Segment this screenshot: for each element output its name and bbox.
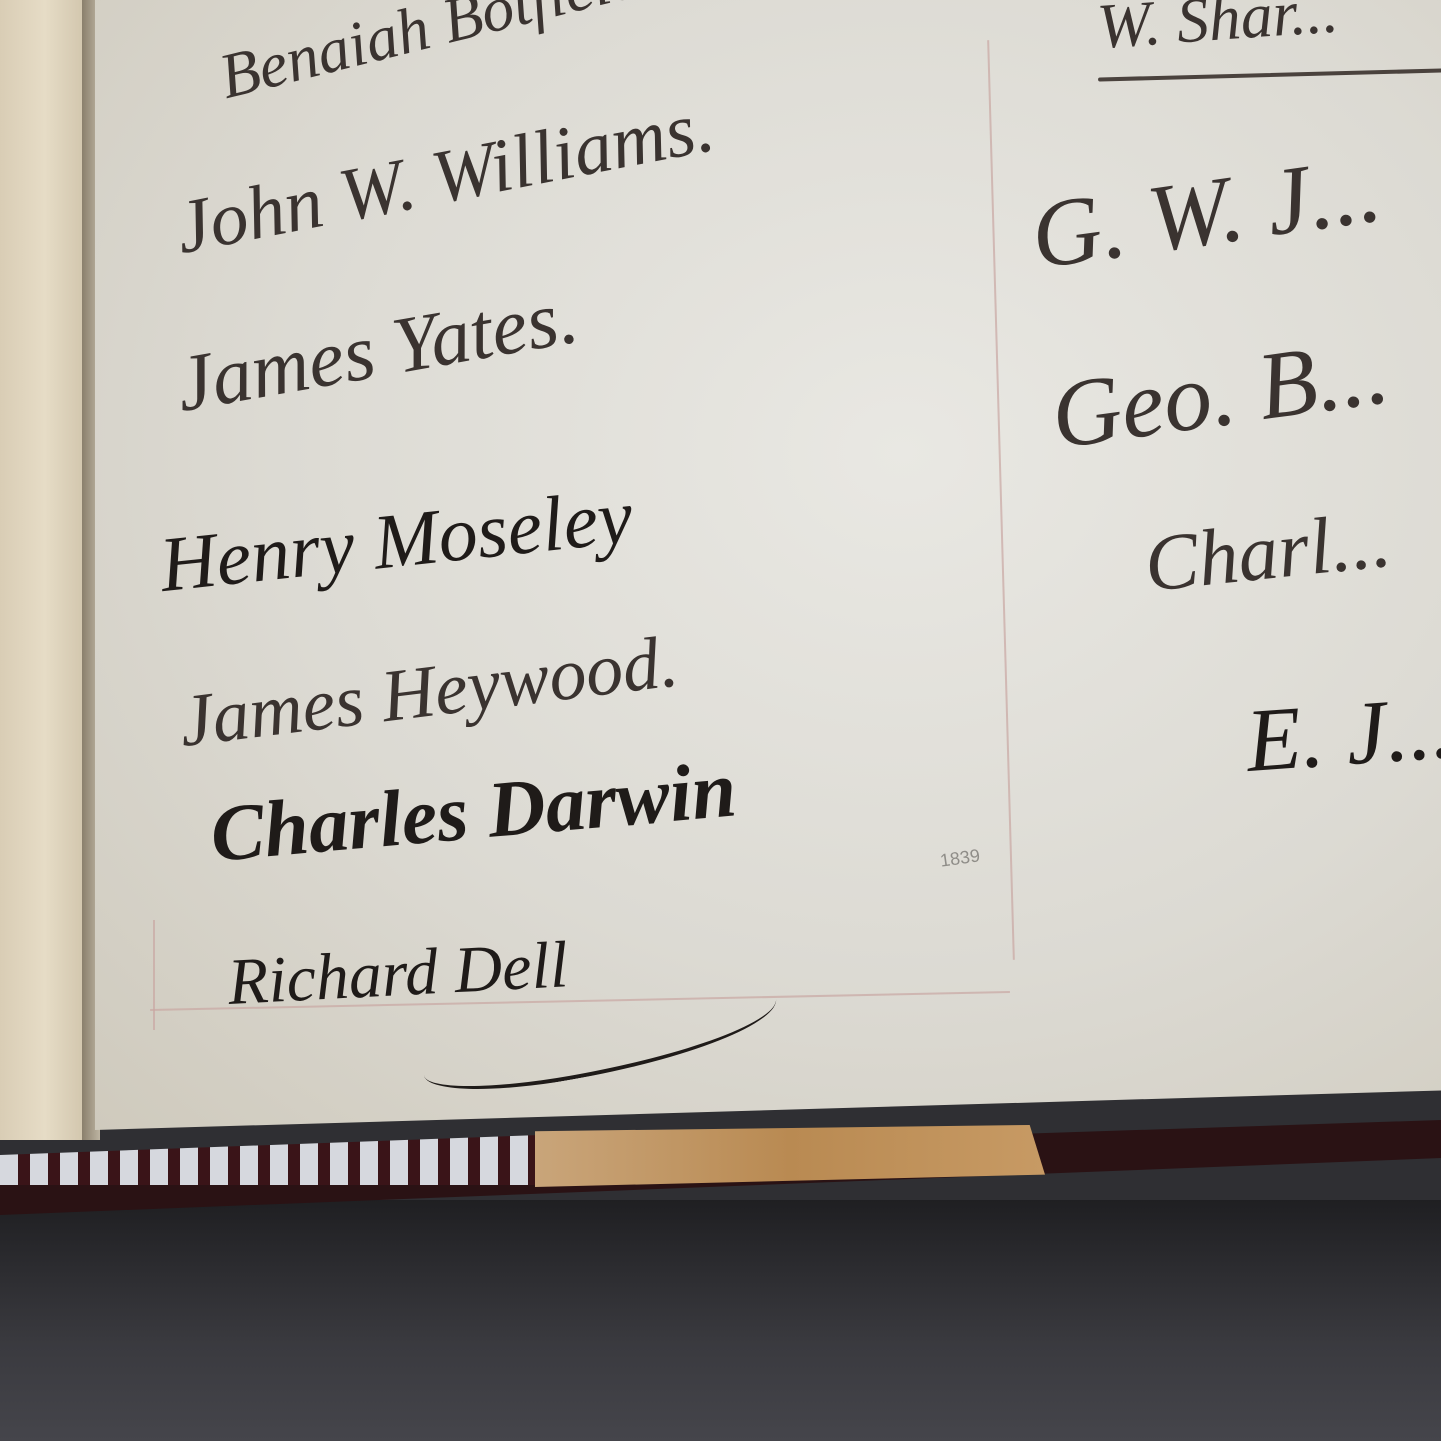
dark-cloth-background: [0, 1200, 1441, 1441]
margin-rule-vertical: [987, 40, 1015, 960]
signature-right-5: E. J...: [1243, 676, 1441, 793]
left-page-edge: [0, 0, 90, 1140]
photo-scene: Benaiah Botfield. John W. Williams. Jame…: [0, 0, 1441, 1441]
margin-rule-left: [153, 920, 155, 1030]
striped-binding: [0, 1135, 540, 1185]
bookmark-ribbon: [535, 1125, 1045, 1187]
